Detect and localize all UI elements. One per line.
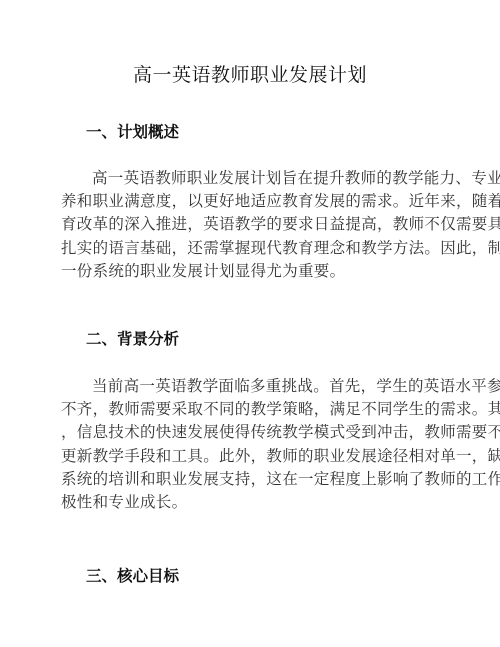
paragraph-line: 当前高一英语教学面临多重挑战。首先，学生的英语水平参差: [61, 375, 451, 398]
paragraph-line: 扎实的语言基础，还需掌握现代教育理念和教学方法。因此，制定: [61, 237, 451, 260]
document-page: 高一英语教师职业发展计划 一、计划概述 高一英语教师职业发展计划旨在提升教师的教…: [0, 0, 500, 647]
section-paragraph-background: 当前高一英语教学面临多重挑战。首先，学生的英语水平参差 不齐，教师需要采取不同的…: [61, 375, 451, 514]
section-heading-background: 二、背景分析: [86, 327, 179, 349]
paragraph-line: 极性和专业成长。: [61, 491, 451, 514]
section-paragraph-overview: 高一英语教师职业发展计划旨在提升教师的教学能力、专业素 养和职业满意度，以更好地…: [61, 167, 451, 283]
section-heading-overview: 一、计划概述: [86, 120, 179, 142]
paragraph-line: 一份系统的职业发展计划显得尤为重要。: [61, 260, 451, 283]
paragraph-line: 不齐，教师需要采取不同的教学策略，满足不同学生的需求。其次: [61, 398, 451, 421]
paragraph-line: 高一英语教师职业发展计划旨在提升教师的教学能力、专业素: [61, 167, 451, 190]
document-title: 高一英语教师职业发展计划: [0, 60, 500, 87]
paragraph-line: 养和职业满意度，以更好地适应教育发展的需求。近年来，随着教: [61, 190, 451, 213]
section-heading-core-goals: 三、核心目标: [86, 564, 179, 586]
paragraph-line: ，信息技术的快速发展使得传统教学模式受到冲击，教师需要不断: [61, 421, 451, 444]
paragraph-line: 育改革的深入推进，英语教学的要求日益提高，教师不仅需要具备: [61, 213, 451, 236]
paragraph-line: 系统的培训和职业发展支持，这在一定程度上影响了教师的工作积: [61, 468, 451, 491]
paragraph-line: 更新教学手段和工具。此外，教师的职业发展途径相对单一，缺乏: [61, 445, 451, 468]
